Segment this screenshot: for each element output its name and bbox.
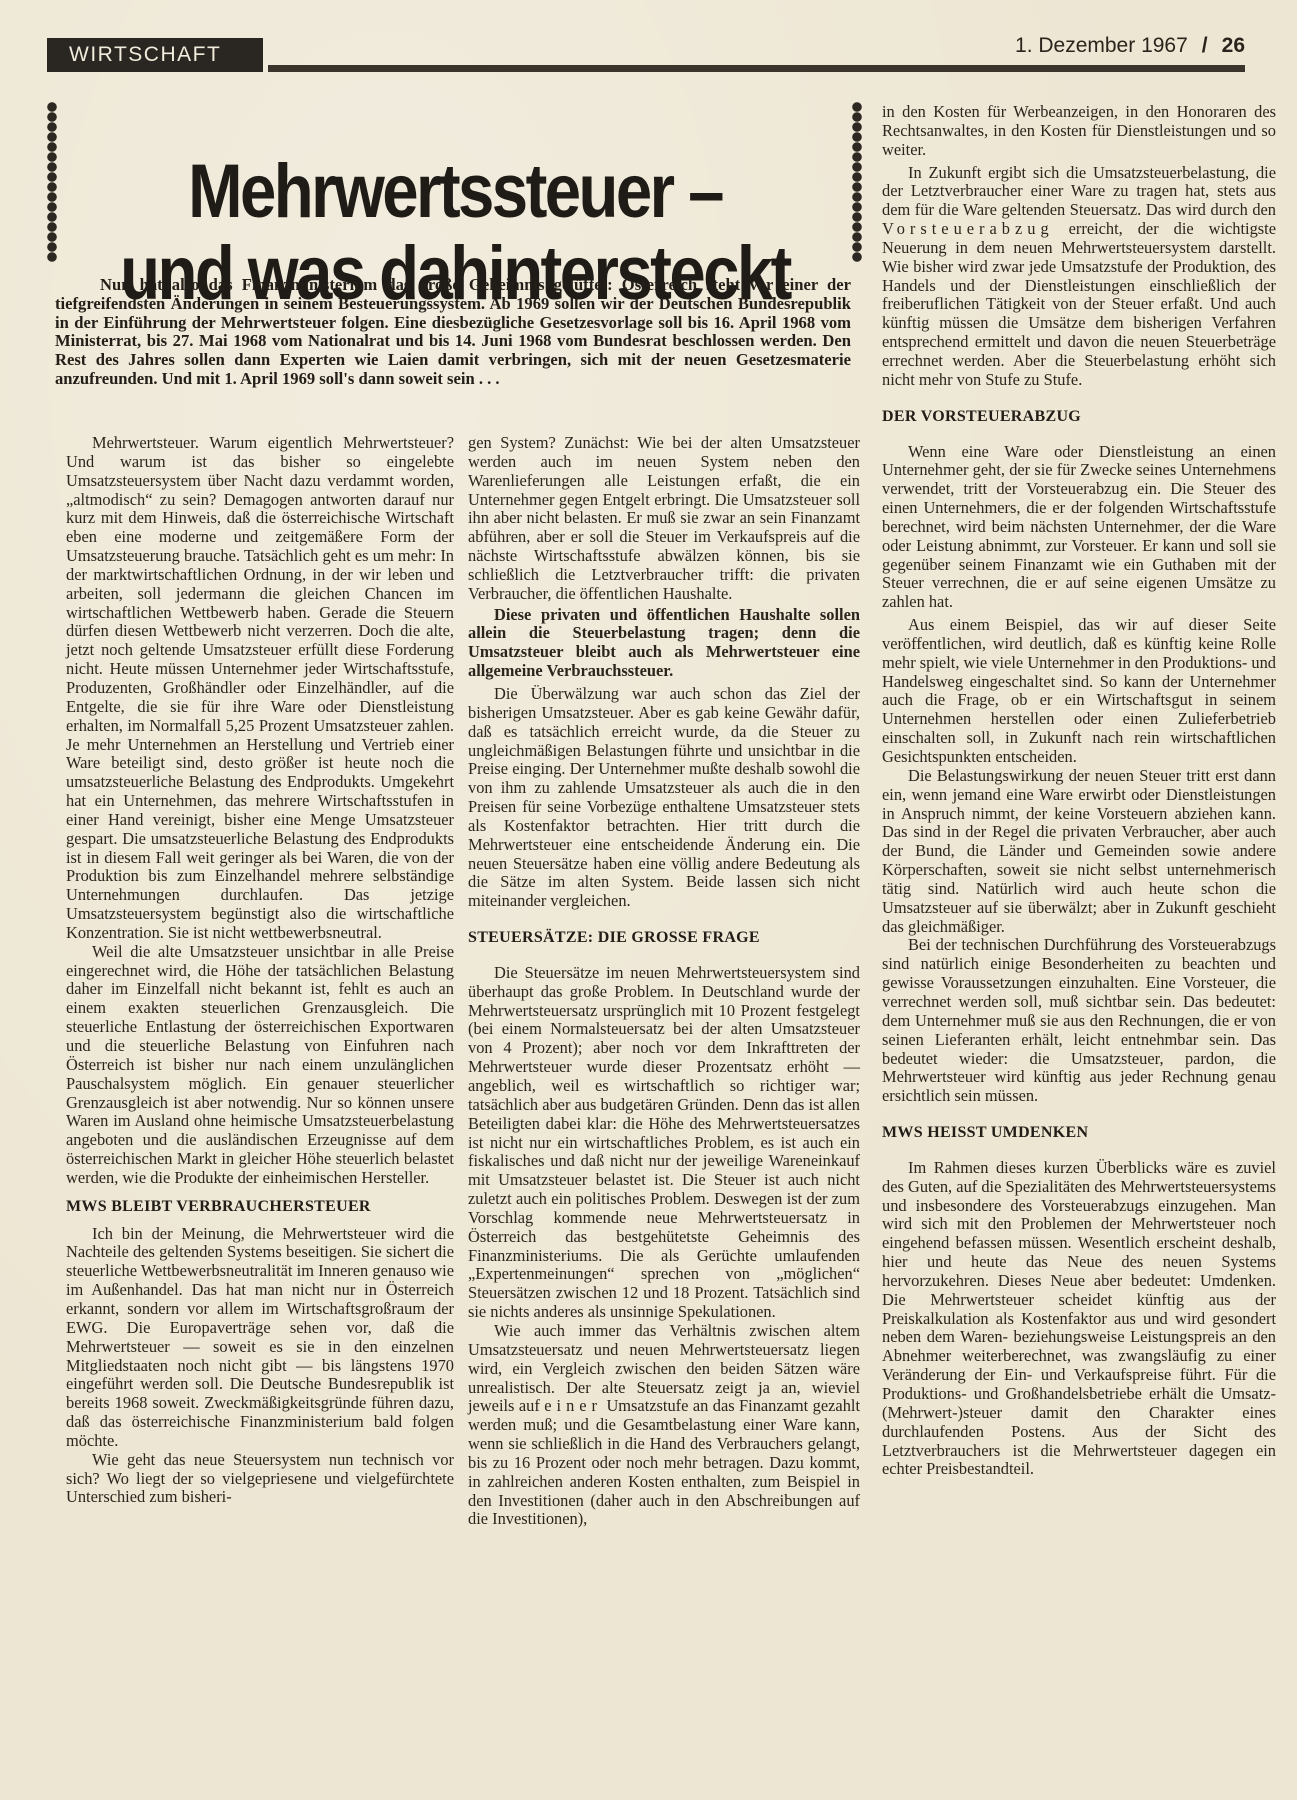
paragraph: Weil die alte Umsatzsteuer unsichtbar in… (66, 943, 454, 1188)
paragraph: Wie geht das neue Steuersystem nun techn… (66, 1451, 454, 1508)
article-column-3: in den Kosten für Werbeanzeigen, in den … (882, 103, 1276, 1479)
text-run: erreicht, der die wichtigste Neuerung in… (882, 219, 1276, 389)
header-rule (268, 65, 1245, 72)
subheading-mws-bleibt-verbrauchersteuer: MWS BLEIBT VERBRAUCHERSTEUER (66, 1198, 454, 1217)
paragraph: Wie auch immer das Verhältnis zwischen a… (468, 1322, 860, 1529)
article-column-1: Mehrwertsteuer. Warum eigentlich Mehrwer… (66, 434, 454, 1507)
paragraph: Die Belastungswirkung der neuen Steuer t… (882, 767, 1276, 937)
headline-line-1: Mehrwertssteuer – (115, 151, 794, 233)
emphasized-text: Vorsteuerabzug (882, 219, 1054, 238)
paragraph: Mehrwertsteuer. Warum eigentlich Mehrwer… (66, 434, 454, 943)
paragraph: Ich bin der Meinung, die Mehrwertsteuer … (66, 1225, 454, 1451)
paragraph: Bei der technischen Durchführung des Vor… (882, 936, 1276, 1106)
text-run: Umsatzstufe an das Finanzamt gezahlt wer… (468, 1396, 860, 1528)
newspaper-page: WIRTSCHAFT 1. Dezember 1967 / 26 Mehrwer… (0, 0, 1297, 1800)
paragraph: Die Steuersätze im neuen Mehrwertsteuers… (468, 964, 860, 1322)
text-run: In Zukunft ergibt sich die Umsatzsteuerb… (882, 163, 1276, 220)
paragraph: Im Rahmen dieses kurzen Überblicks wäre … (882, 1159, 1276, 1479)
dotted-rule-right (852, 102, 862, 262)
paragraph: Wenn eine Ware oder Dienstleistung an ei… (882, 443, 1276, 613)
paragraph: gen System? Zunächst: Wie bei der alten … (468, 434, 860, 604)
lede-paragraph: Nun hat also das Finanzministerium das g… (55, 276, 851, 389)
issue-date: 1. Dezember 1967 (1015, 34, 1188, 58)
subheading-steuersaetze: STEUERSÄTZE: DIE GROSSE FRAGE (468, 929, 860, 948)
section-label: WIRTSCHAFT (47, 38, 263, 72)
dotted-rule-left (47, 102, 57, 262)
paragraph: Aus einem Beispiel, das wir auf dieser S… (882, 616, 1276, 767)
subheading-mws-heisst-umdenken: MWS HEISST UMDENKEN (882, 1124, 1276, 1143)
dateline: 1. Dezember 1967 / 26 (1015, 34, 1245, 58)
paragraph: Die Überwälzung war auch schon das Ziel … (468, 685, 860, 911)
subheading-der-vorsteuerabzug: DER VORSTEUERABZUG (882, 408, 1276, 427)
page-number: 26 (1222, 34, 1245, 58)
emphasized-text: einer (544, 1396, 602, 1415)
date-separator: / (1202, 34, 1208, 58)
paragraph: In Zukunft ergibt sich die Umsatzsteuerb… (882, 164, 1276, 390)
paragraph: in den Kosten für Werbeanzeigen, in den … (882, 103, 1276, 160)
article-column-2: gen System? Zunächst: Wie bei der alten … (468, 434, 860, 1529)
bold-paragraph: Diese privaten und öffentlichen Haushalt… (468, 606, 860, 681)
